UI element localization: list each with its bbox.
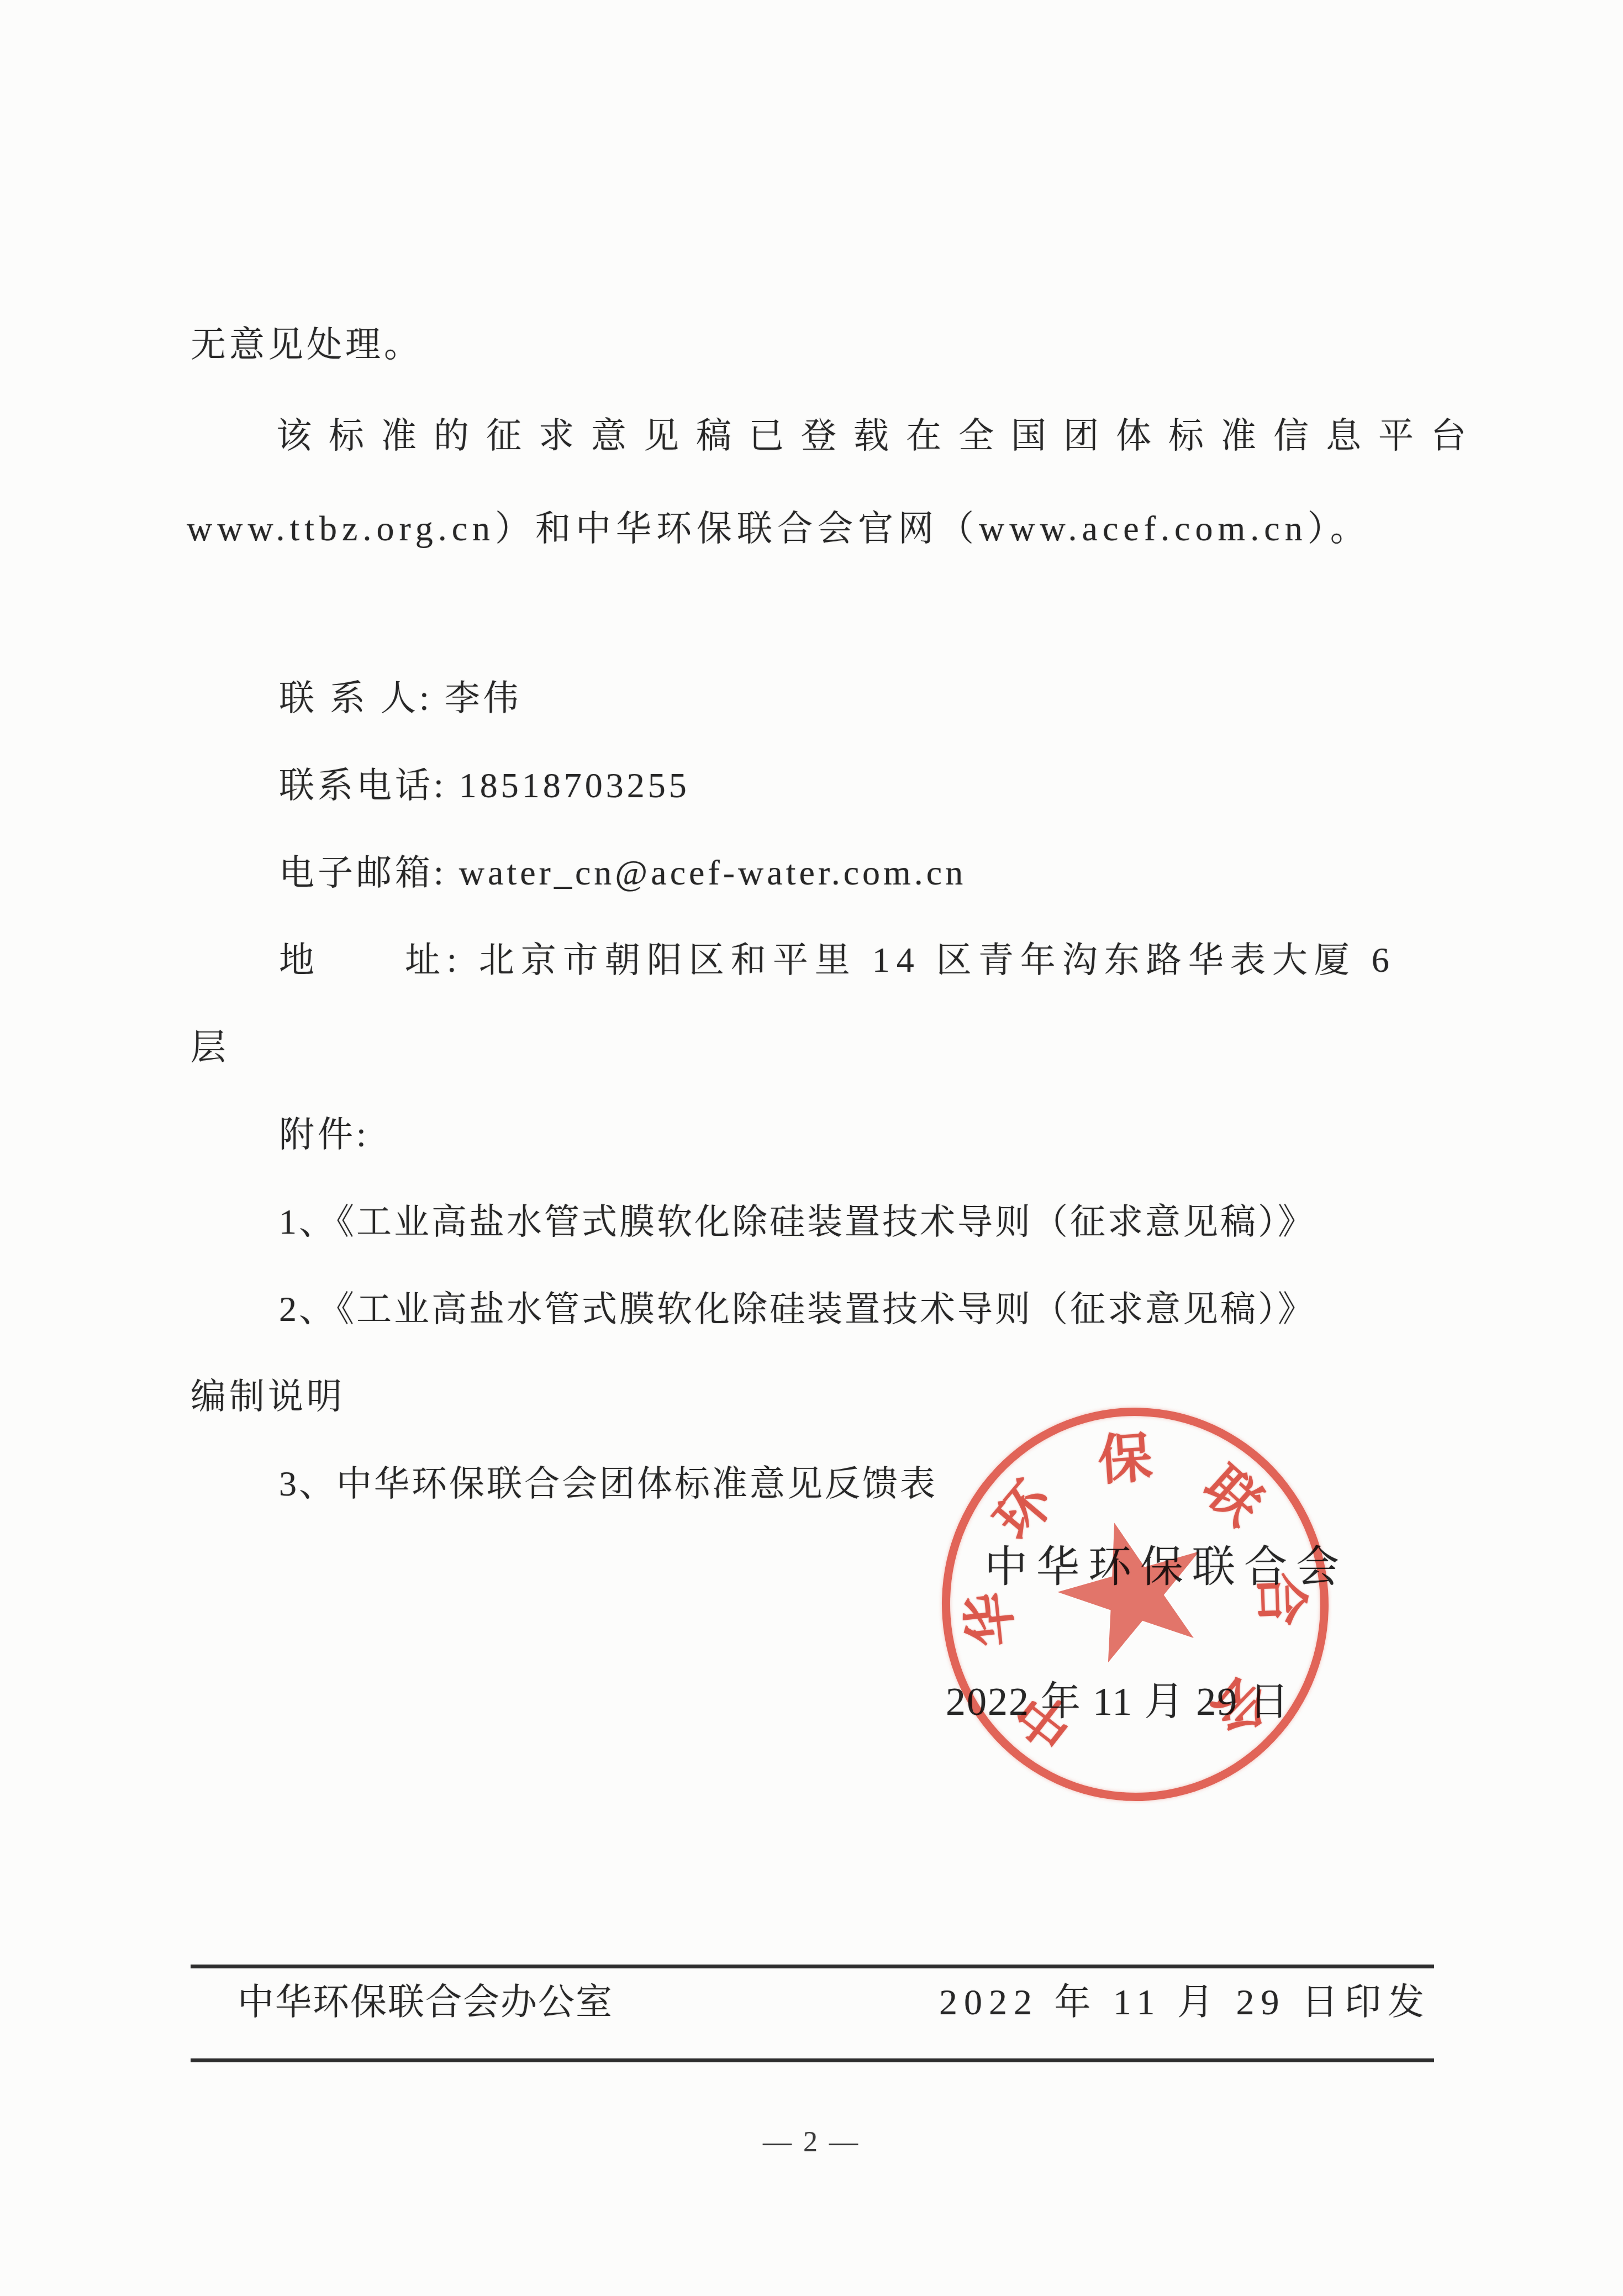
attachment-item-2-line-2: 编制说明 (191, 1379, 345, 1414)
attachment-item-3: 3、中华环保联合会团体标准意见反馈表 (279, 1466, 937, 1502)
contact-address-line-1: 地 址: 北京市朝阳区和平里 14 区青年沟东路华表大厦 6 (279, 942, 1396, 978)
contact-person-line: 联 系 人: 李伟 (279, 681, 522, 716)
paragraph-2-line-2: www.ttbz.org.cn）和中华环保联合会官网（www.acef.com.… (187, 511, 1371, 546)
official-seal: 中 华 环 保 联 合 会 (929, 1394, 1342, 1814)
footer-office-name: 中华环保联合会办公室 (238, 1984, 613, 2021)
footer-issue-date: 2022 年 11 月 29 日印发 (939, 1984, 1431, 2021)
attachments-label: 附件: (279, 1117, 370, 1152)
paragraph-2-line-1: 该标准的征求意见稿已登载在全国团体标准信息平台 (276, 418, 1483, 454)
contact-email-line: 电子邮箱: water_cn@acef-water.com.cn (279, 855, 966, 891)
footer-rule-top (191, 1965, 1434, 1968)
page-number: — 2 — (0, 2126, 1623, 2158)
paragraph-1-end: 无意见处理。 (191, 327, 423, 362)
seal-arc-char: 保 (1096, 1431, 1154, 1489)
seal-arc-char: 合 (1252, 1571, 1308, 1627)
scanned-letter-page: 无意见处理。 该标准的征求意见稿已登载在全国团体标准信息平台 www.ttbz.… (0, 0, 1623, 2296)
attachment-item-2-line-1: 2、《工业高盐水管式膜软化除硅装置技术导则（征求意见稿）》 (279, 1292, 1315, 1327)
contact-phone-line: 联系电话: 18518703255 (279, 768, 690, 803)
footer-rule-bottom (191, 2058, 1434, 2062)
contact-address-line-2: 层 (191, 1030, 229, 1065)
attachment-item-1: 1、《工业高盐水管式膜软化除硅装置技术导则（征求意见稿）》 (279, 1204, 1315, 1240)
seal-arc-char: 华 (962, 1590, 1021, 1650)
